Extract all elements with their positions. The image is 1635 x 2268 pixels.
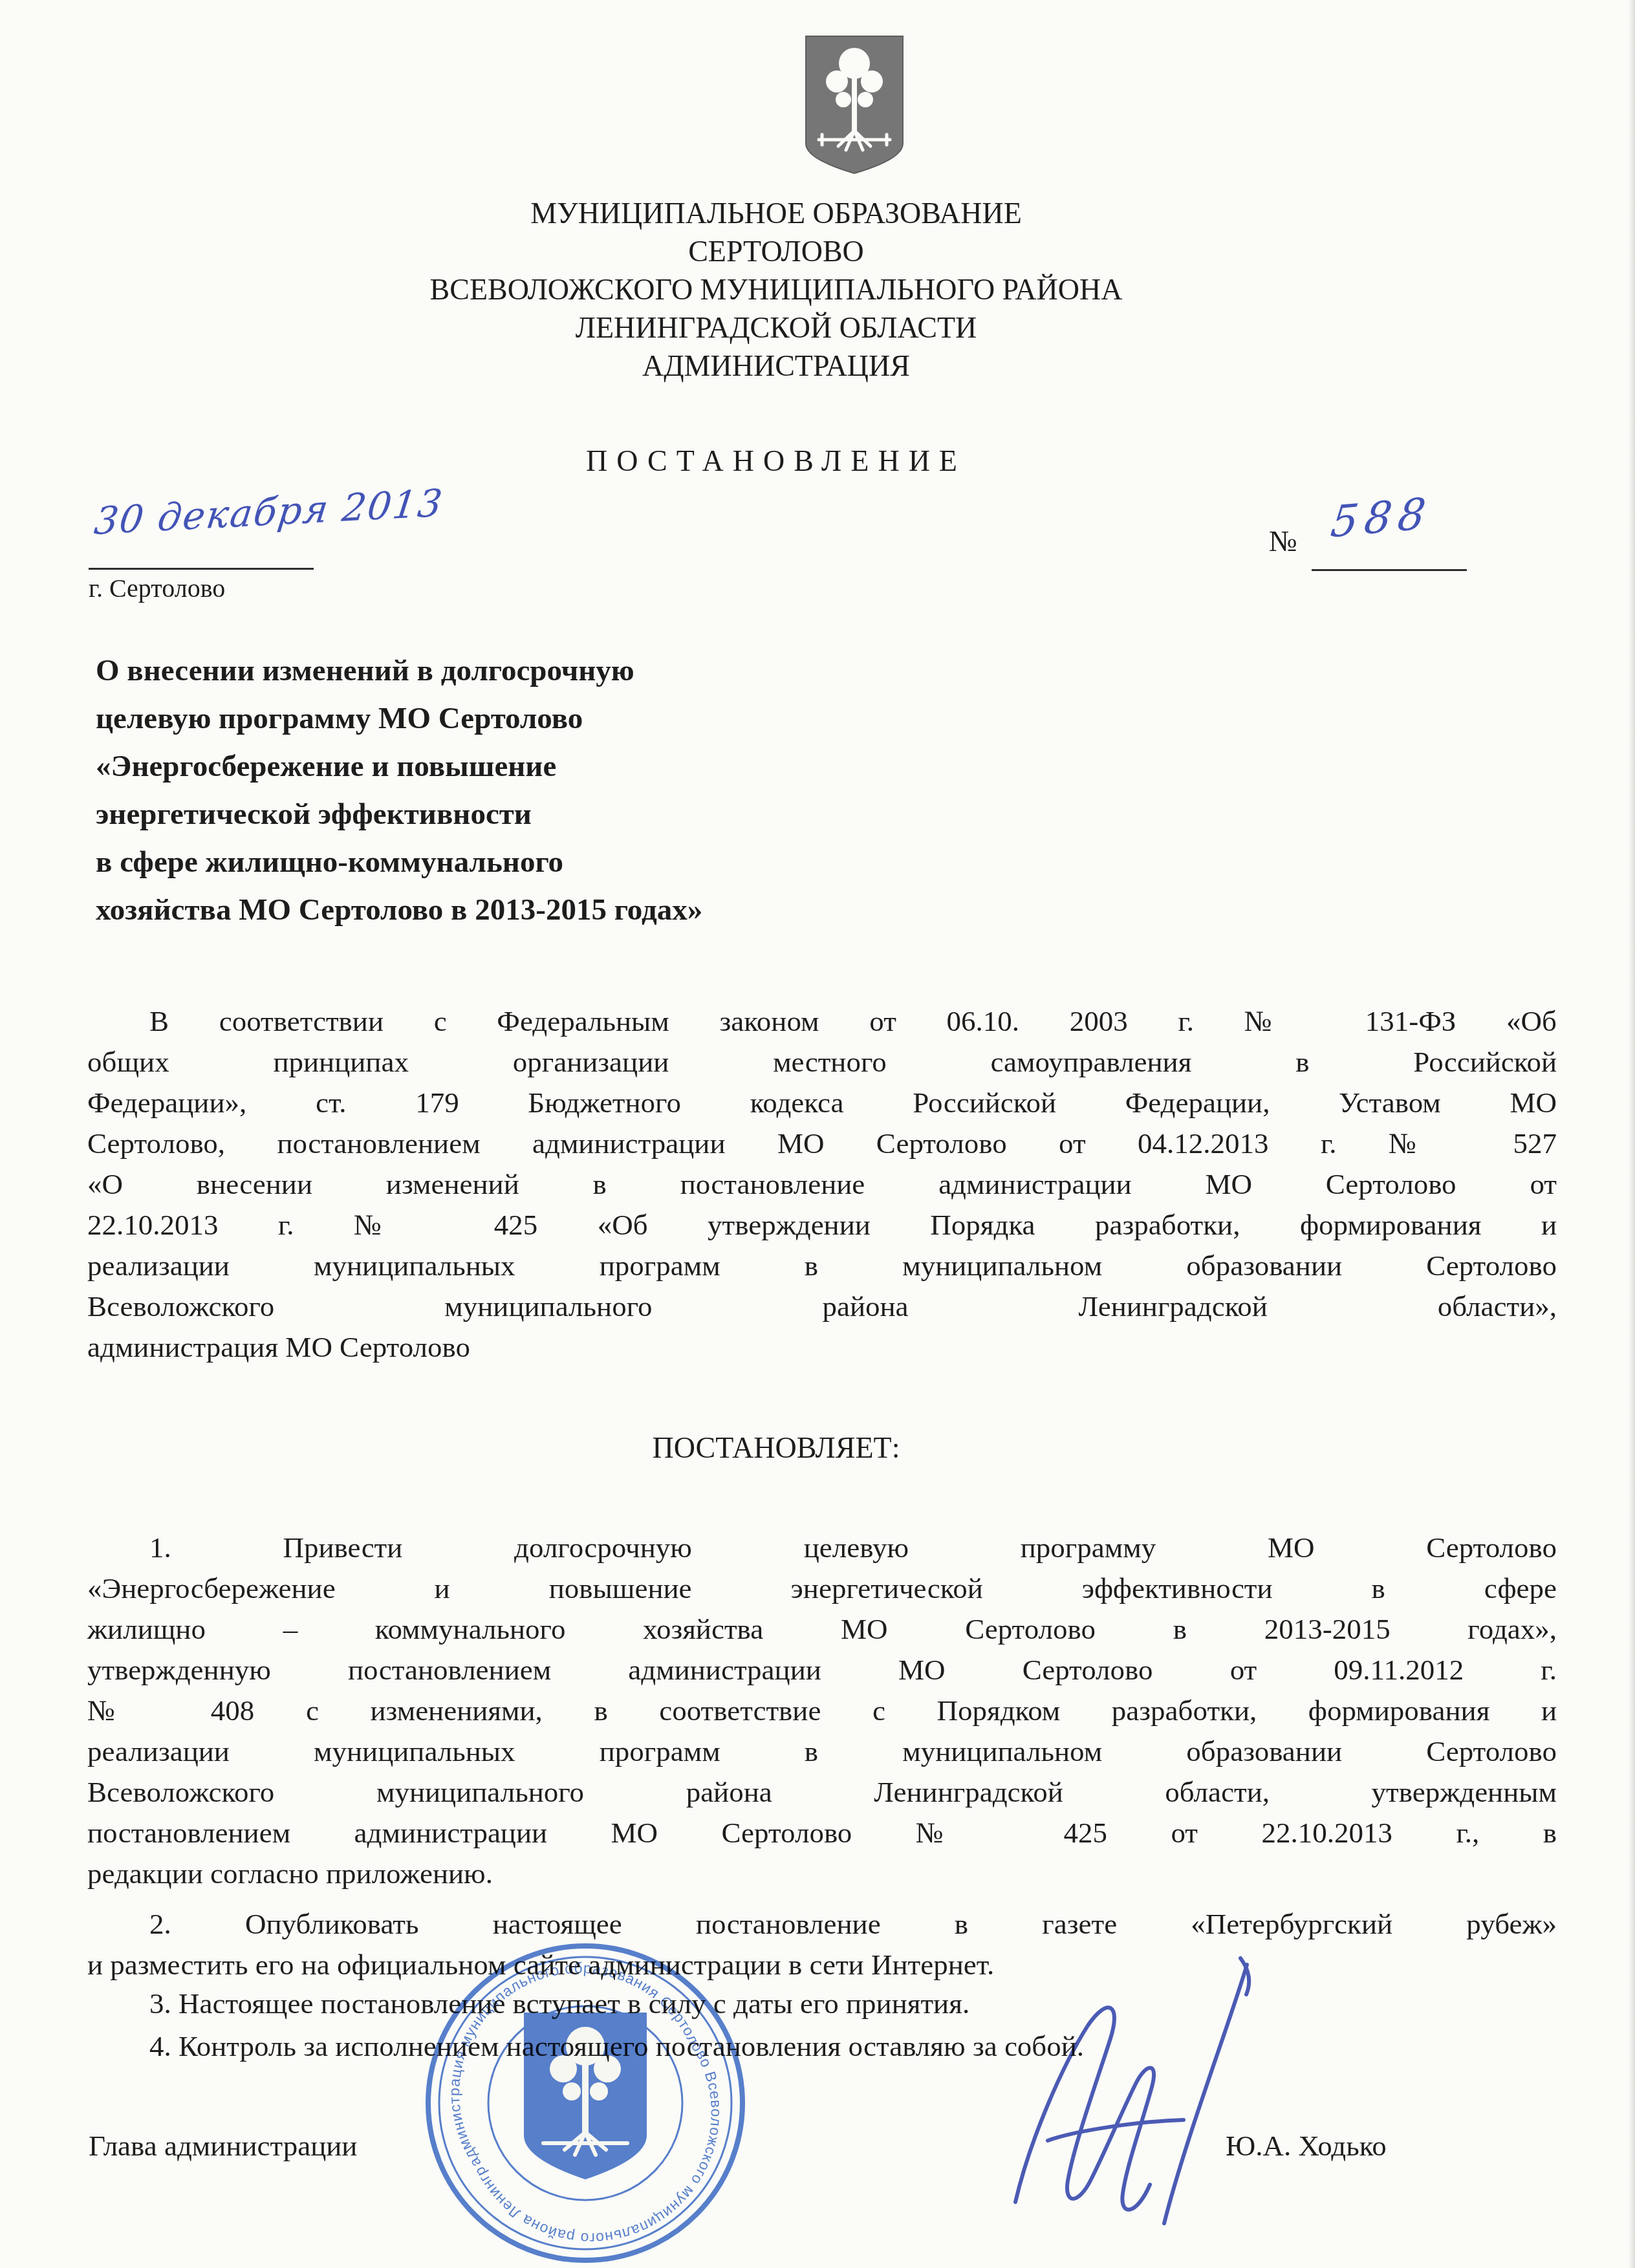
text-line: утвержденную постановлением администраци… (87, 1650, 1557, 1690)
text-line: Всеволожского муниципального района Лени… (87, 1772, 1557, 1813)
letterhead: МУНИЦИПАЛЬНОЕ ОБРАЗОВАНИЕСЕРТОЛОВОВСЕВОЛ… (87, 194, 1465, 385)
text-line: целевую программу МО Сертолово (96, 695, 1105, 742)
text-line: реализации муниципальных программ в муни… (87, 1731, 1557, 1772)
stamp-shield-emblem (524, 2013, 647, 2179)
item-2-paragraph: 2. Опубликовать настоящее постановление … (87, 1904, 1557, 1985)
text-line: 22.10.2013 г. № 425 «Об утверждении Поря… (87, 1205, 1557, 1246)
scanned-decree-page: МУНИЦИПАЛЬНОЕ ОБРАЗОВАНИЕСЕРТОЛОВОВСЕВОЛ… (0, 0, 1635, 2268)
item-4-paragraph: 4. Контроль за исполнением настоящего по… (87, 2029, 1557, 2063)
decree-title: О внесении изменений в долгосрочнуюцелев… (96, 647, 1105, 934)
text-line: энергетической эффективности (96, 790, 1105, 838)
text-line: в сфере жилищно-коммунального (96, 838, 1105, 886)
text-line: АДМИНИСТРАЦИЯ (87, 347, 1465, 385)
date-underline (89, 568, 314, 570)
number-label: № (1269, 524, 1297, 558)
text-line: 1. Привести долгосрочную целевую програм… (87, 1528, 1557, 1568)
place-label: г. Сертолово (89, 573, 225, 603)
text-line: жилищно – коммунального хозяйства МО Сер… (87, 1609, 1557, 1650)
text-line: «Энергосбережение и повышение энергетиче… (87, 1568, 1557, 1609)
signature-role-label: Глава администрации (89, 2129, 357, 2163)
text-line: хозяйства МО Сертолово в 2013-2015 годах… (96, 886, 1105, 934)
document-type-heading: ПОСТАНОВЛЕНИЕ (87, 444, 1465, 478)
text-line: О внесении изменений в долгосрочную (96, 647, 1105, 695)
text-line: Сертолово, постановлением администрации … (87, 1123, 1557, 1164)
text-line: Федерации», ст. 179 Бюджетного кодекса Р… (87, 1083, 1557, 1123)
text-line: СЕРТОЛОВО (87, 232, 1465, 270)
sertolovo-coat-of-arms (801, 32, 908, 181)
handwritten-date: 30 декабря 2013 (92, 481, 446, 543)
text-line: № 408 с изменениями, в соответствие с По… (87, 1690, 1557, 1731)
text-line: МУНИЦИПАЛЬНОЕ ОБРАЗОВАНИЕ (87, 194, 1465, 232)
item-1-paragraph: 1. Привести долгосрочную целевую програм… (87, 1528, 1557, 1894)
text-line: Всеволожского муниципального района Лени… (87, 1286, 1557, 1327)
text-line: редакции согласно приложению. (87, 1853, 1557, 1894)
preamble-paragraph: В соответствии с Федеральным законом от … (87, 1001, 1557, 1368)
text-line: ВСЕВОЛОЖСКОГО МУНИЦИПАЛЬНОГО РАЙОНА (87, 270, 1465, 308)
text-line: и разместить его на официальном сайте ад… (87, 1945, 1557, 1985)
text-line: администрация МО Сертолово (87, 1327, 1557, 1368)
number-underline (1312, 569, 1467, 571)
text-line: 2. Опубликовать настоящее постановление … (87, 1904, 1557, 1945)
text-line: «О внесении изменений в постановление ад… (87, 1164, 1557, 1205)
text-line: «Энергосбережение и повышение (96, 742, 1105, 790)
text-line: постановлением администрации МО Сертолов… (87, 1813, 1557, 1853)
text-line: общих принципах организации местного сам… (87, 1042, 1557, 1083)
text-line: В соответствии с Федеральным законом от … (87, 1001, 1557, 1042)
text-line: ЛЕНИНГРАДСКОЙ ОБЛАСТИ (87, 308, 1465, 347)
item-3-paragraph: 3. Настоящее постановление вступает в си… (87, 1987, 1557, 2020)
handwritten-number: 588 (1328, 488, 1435, 548)
handwritten-signature (970, 1947, 1281, 2238)
text-line: реализации муниципальных программ в муни… (87, 1246, 1557, 1286)
resolves-heading: ПОСТАНОВЛЯЕТ: (87, 1431, 1465, 1465)
round-official-stamp: администрация муниципального образования… (417, 1935, 753, 2268)
scan-edge-shadow (1629, 0, 1635, 2268)
